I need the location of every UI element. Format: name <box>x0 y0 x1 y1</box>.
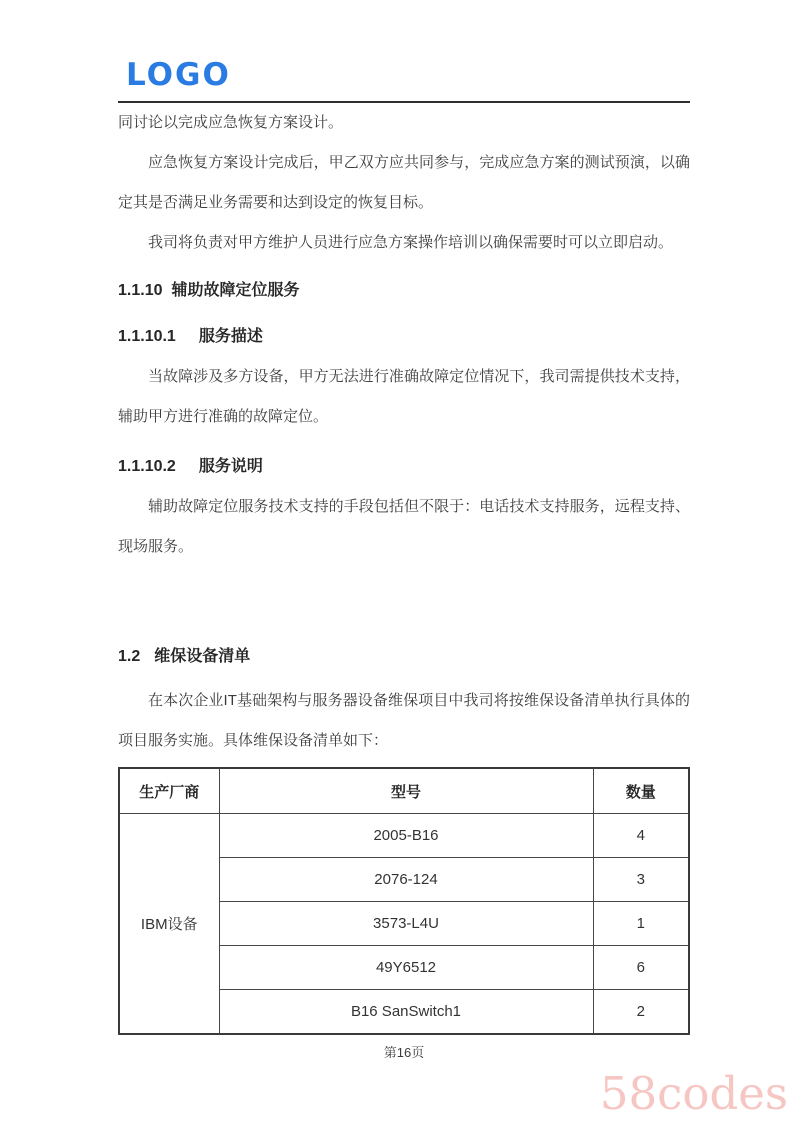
company-logo: LOGO <box>126 58 690 92</box>
column-header-quantity: 数量 <box>593 768 689 814</box>
device-table: 生产厂商 型号 数量 IBM设备 2005-B16 4 2076-124 3 3… <box>118 767 690 1035</box>
paragraph-training: 我司将负责对甲方维护人员进行应急方案操作培训以确保需要时可以立即启动。 <box>118 223 690 263</box>
model-cell: 2076-124 <box>219 858 593 902</box>
paragraph-service-note: 辅助故障定位服务技术支持的手段包括但不限于：电话技术支持服务，远程支持、现场服务… <box>118 487 690 567</box>
column-header-vendor: 生产厂商 <box>119 768 219 814</box>
heading-title: 辅助故障定位服务 <box>171 282 299 299</box>
page-number: 第16页 <box>118 1042 690 1061</box>
model-cell: B16 SanSwitch1 <box>219 990 593 1035</box>
quantity-cell: 2 <box>593 990 689 1035</box>
heading-number: 1.1.10.1 <box>118 325 176 349</box>
heading-number: 1.1.10.2 <box>118 455 176 479</box>
watermark-text: 58codes <box>600 1071 788 1116</box>
page-content: LOGO 同讨论以完成应急恢复方案设计。 应急恢复方案设计完成后，甲乙双方应共同… <box>118 58 690 1061</box>
table-header-row: 生产厂商 型号 数量 <box>119 768 689 814</box>
heading-1-1-10-2: 1.1.10.2服务说明 <box>118 455 690 479</box>
model-cell: 3573-L4U <box>219 902 593 946</box>
model-cell: 49Y6512 <box>219 946 593 990</box>
heading-1-1-10: 1.1.10辅助故障定位服务 <box>118 279 690 303</box>
heading-title: 服务描述 <box>199 328 263 345</box>
column-header-model: 型号 <box>219 768 593 814</box>
heading-number: 1.1.10 <box>118 279 162 303</box>
quantity-cell: 4 <box>593 814 689 858</box>
quantity-cell: 3 <box>593 858 689 902</box>
quantity-cell: 1 <box>593 902 689 946</box>
vendor-cell: IBM设备 <box>119 814 219 1035</box>
paragraph-plan: 应急恢复方案设计完成后，甲乙双方应共同参与，完成应急方案的测试预演，以确定其是否… <box>118 143 690 223</box>
paragraph-service-desc: 当故障涉及多方设备，甲方无法进行准确故障定位情况下，我司需提供技术支持，辅助甲方… <box>118 357 690 437</box>
paragraph-intro: 同讨论以完成应急恢复方案设计。 <box>118 103 690 143</box>
heading-title: 维保设备清单 <box>154 648 250 665</box>
heading-number: 1.2 <box>118 645 140 669</box>
document-page: LOGO 同讨论以完成应急恢复方案设计。 应急恢复方案设计完成后，甲乙双方应共同… <box>0 0 800 1132</box>
heading-1-1-10-1: 1.1.10.1服务描述 <box>118 325 690 349</box>
heading-title: 服务说明 <box>199 458 263 475</box>
table-row: IBM设备 2005-B16 4 <box>119 814 689 858</box>
paragraph-device-list: 在本次企业IT基础架构与服务器设备维保项目中我司将按维保设备清单执行具体的项目服… <box>118 681 690 761</box>
quantity-cell: 6 <box>593 946 689 990</box>
model-cell: 2005-B16 <box>219 814 593 858</box>
heading-1-2: 1.2维保设备清单 <box>118 645 690 669</box>
